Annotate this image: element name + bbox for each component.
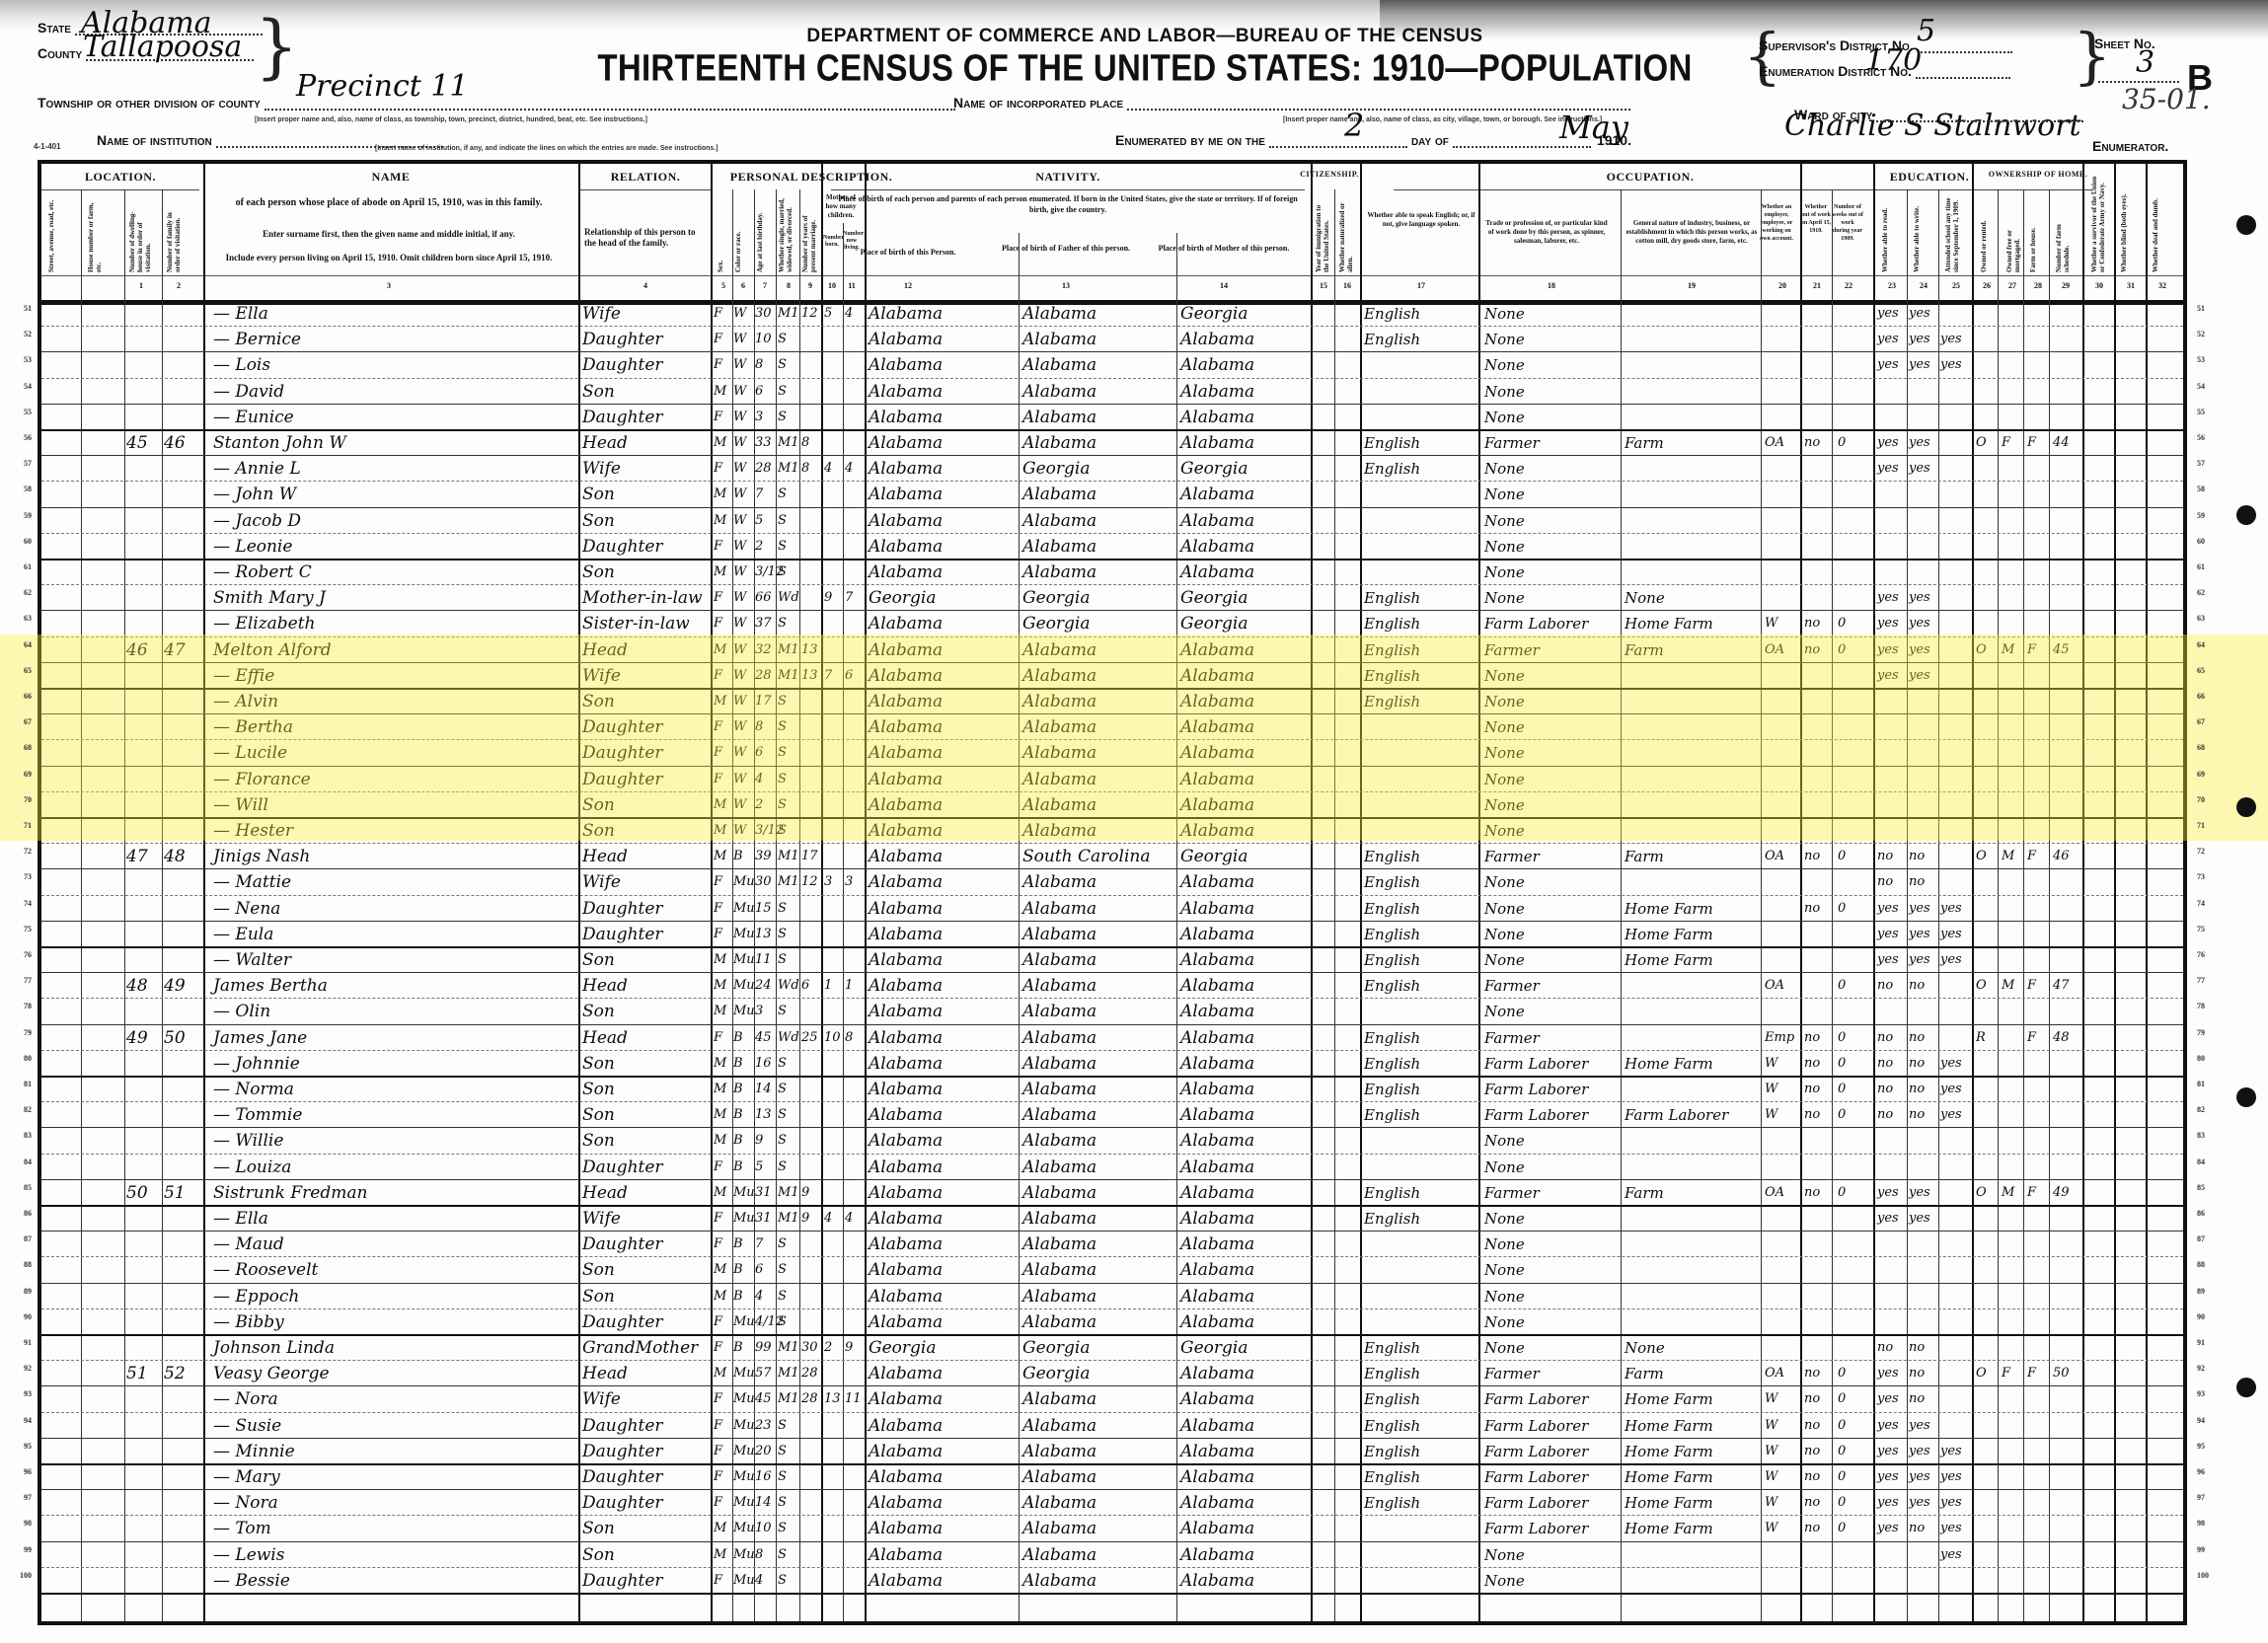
can-read	[1877, 1127, 1907, 1153]
enumeration-district-line	[1916, 77, 2010, 79]
relationship: Wife	[582, 868, 709, 894]
person-name: — Jacob D	[213, 507, 576, 533]
employer-status	[1765, 739, 1798, 765]
marital-status: S	[778, 481, 799, 506]
line-number-right: 67	[2197, 717, 2219, 726]
can-write: yes	[1909, 326, 1938, 351]
sex: F	[714, 1567, 731, 1593]
person-name: — John W	[213, 481, 576, 506]
years-married	[801, 713, 821, 739]
trade: None	[1484, 1127, 1619, 1153]
farm-house	[2027, 817, 2049, 843]
line-number-right: 60	[2197, 537, 2219, 546]
table-row: Johnson LindaGrandMotherFB99M13029Georgi…	[41, 1334, 2183, 1361]
owned-rented	[1976, 1154, 1998, 1179]
age: 32	[755, 636, 777, 662]
free-mortgaged	[2002, 1541, 2023, 1567]
table-row: — EllaWifeFW30M11254AlabamaAlabamaGeorgi…	[41, 300, 2183, 327]
color-race: Mu	[733, 1385, 755, 1411]
color-race: W	[733, 326, 755, 351]
birthplace-person: Alabama	[869, 766, 1017, 791]
employer-status	[1765, 533, 1798, 559]
language	[1364, 1308, 1476, 1334]
birthplace-person: Alabama	[869, 1127, 1017, 1153]
person-name: — Tommie	[213, 1101, 576, 1127]
birthplace-mother: Alabama	[1180, 1412, 1309, 1438]
children-born: 10	[824, 1024, 842, 1050]
can-write: yes	[1909, 946, 1938, 972]
group-location: LOCATION.	[41, 170, 199, 185]
person-name: — Florance	[213, 766, 576, 791]
weeks-out: 0	[1838, 1050, 1867, 1076]
language: English	[1364, 868, 1476, 894]
colnum: 31	[2116, 281, 2146, 290]
employer-status: W	[1765, 1515, 1798, 1540]
out-of-work	[1804, 662, 1832, 688]
sex: F	[714, 351, 731, 377]
years-married	[801, 791, 821, 817]
birthplace-mother: Alabama	[1180, 1101, 1309, 1127]
language: English	[1364, 1438, 1476, 1463]
marital-status: S	[778, 946, 799, 972]
enumerator-label: Enumerator.	[2092, 138, 2168, 154]
years-married: 13	[801, 662, 821, 688]
farm-schedule	[2053, 533, 2082, 559]
line-number: 73	[4, 872, 32, 881]
age: 16	[755, 1050, 777, 1076]
dwelling-number	[126, 791, 162, 817]
years-married	[801, 404, 821, 429]
color-race: B	[733, 1256, 755, 1282]
farm-house	[2027, 1256, 2049, 1282]
children-living	[845, 1515, 863, 1540]
farm-schedule	[2053, 817, 2082, 843]
line-number: 79	[4, 1028, 32, 1037]
sex: M	[714, 1127, 731, 1153]
attended-school	[1940, 1385, 1970, 1411]
relationship: Daughter	[582, 1231, 709, 1256]
farm-house	[2027, 1101, 2049, 1127]
out-of-work	[1804, 1567, 1832, 1593]
hdr-name-desc: of each person whose place of abode on A…	[211, 197, 567, 208]
years-married	[801, 1438, 821, 1463]
children-born	[824, 507, 842, 533]
color-race: Mu	[733, 1438, 755, 1463]
birthplace-father: Alabama	[1022, 1024, 1174, 1050]
colnum: 4	[580, 281, 711, 290]
relationship: Daughter	[582, 351, 709, 377]
farm-house: F	[2027, 1179, 2049, 1205]
farm-schedule: 46	[2053, 843, 2082, 868]
family-number	[164, 1567, 201, 1593]
line-number-right: 55	[2197, 408, 2219, 416]
relationship: Daughter	[582, 1438, 709, 1463]
relationship: Wife	[582, 662, 709, 688]
can-write: yes	[1909, 662, 1938, 688]
age: 30	[755, 300, 777, 326]
birthplace-person: Alabama	[869, 1489, 1017, 1515]
farm-schedule	[2053, 481, 2082, 506]
children-living	[845, 1438, 863, 1463]
can-read: no	[1877, 1024, 1907, 1050]
can-read	[1877, 507, 1907, 533]
can-read: no	[1877, 1050, 1907, 1076]
farm-house	[2027, 300, 2049, 326]
can-read	[1877, 404, 1907, 429]
colnum: 32	[2148, 281, 2177, 290]
can-write	[1909, 817, 1938, 843]
birthplace-father: Alabama	[1022, 1076, 1174, 1101]
table-row: 4748Jinigs NashHeadMB39M117AlabamaSouth …	[41, 843, 2183, 869]
birthplace-person: Alabama	[869, 895, 1017, 921]
line-number: 52	[4, 330, 32, 338]
line-number: 67	[4, 717, 32, 726]
line-number: 78	[4, 1002, 32, 1010]
free-mortgaged: M	[2002, 843, 2023, 868]
children-living: 4	[845, 300, 863, 326]
hdr-street: Street, avenue, road, etc.	[47, 195, 73, 272]
table-row: Smith Mary JMother-in-lawFW66Wd97Georgia…	[41, 584, 2183, 611]
line-number-right: 70	[2197, 795, 2219, 804]
can-read	[1877, 766, 1907, 791]
free-mortgaged	[2002, 1412, 2023, 1438]
employer-status	[1765, 1205, 1798, 1231]
can-write	[1909, 481, 1938, 506]
children-living: 11	[845, 1385, 863, 1411]
birthplace-person: Alabama	[869, 1463, 1017, 1489]
hdr-language: Whether able to speak English; or, if no…	[1366, 211, 1476, 229]
years-married: 25	[801, 1024, 821, 1050]
age: 3/12	[755, 817, 777, 843]
owned-rented	[1976, 300, 1998, 326]
weeks-out: 0	[1838, 1360, 1867, 1385]
color-race: W	[733, 300, 755, 326]
free-mortgaged	[2002, 1385, 2023, 1411]
out-of-work	[1804, 817, 1832, 843]
years-married	[801, 326, 821, 351]
relationship: Son	[582, 946, 709, 972]
birthplace-mother: Alabama	[1180, 378, 1309, 404]
attended-school: yes	[1940, 895, 1970, 921]
language: English	[1364, 688, 1476, 713]
sex: F	[714, 1308, 731, 1334]
children-born	[824, 1438, 842, 1463]
sex: F	[714, 713, 731, 739]
age: 2	[755, 533, 777, 559]
employer-status	[1765, 584, 1798, 610]
can-write	[1909, 404, 1938, 429]
can-read	[1877, 791, 1907, 817]
family-number	[164, 610, 201, 635]
birthplace-person: Alabama	[869, 1308, 1017, 1334]
color-race: Mu	[733, 1179, 755, 1205]
age: 8	[755, 713, 777, 739]
farm-schedule	[2053, 326, 2082, 351]
free-mortgaged	[2002, 766, 2023, 791]
weeks-out	[1838, 946, 1867, 972]
table-row: — Robert CSonMW3/12SAlabamaAlabamaAlabam…	[41, 559, 2183, 585]
table-row: 5152Veasy GeorgeHeadMMu57M128AlabamaGeor…	[41, 1360, 2183, 1386]
table-row: — LouizaDaughterFB5SAlabamaAlabamaAlabam…	[41, 1154, 2183, 1180]
attended-school	[1940, 688, 1970, 713]
language: English	[1364, 1179, 1476, 1205]
out-of-work	[1804, 559, 1832, 584]
industry: Home Farm	[1625, 1463, 1759, 1489]
marital-status: S	[778, 1127, 799, 1153]
free-mortgaged	[2002, 1101, 2023, 1127]
children-living	[845, 351, 863, 377]
relationship: Son	[582, 507, 709, 533]
language	[1364, 1541, 1476, 1567]
can-write	[1909, 791, 1938, 817]
trade: None	[1484, 1308, 1619, 1334]
children-living	[845, 1050, 863, 1076]
weeks-out: 0	[1838, 1515, 1867, 1540]
employer-status	[1765, 921, 1798, 946]
line-number: 80	[4, 1054, 32, 1063]
family-number	[164, 1541, 201, 1567]
county-label: County	[38, 45, 82, 61]
sex: F	[714, 533, 731, 559]
language: English	[1364, 1360, 1476, 1385]
years-married	[801, 1127, 821, 1153]
enumerated-month-value: May	[1559, 109, 1628, 146]
trade: None	[1484, 481, 1619, 506]
family-number: 46	[164, 429, 201, 455]
relationship: Son	[582, 1076, 709, 1101]
attended-school	[1940, 1308, 1970, 1334]
farm-schedule: 45	[2053, 636, 2082, 662]
relationship: Son	[582, 1283, 709, 1308]
language	[1364, 791, 1476, 817]
age: 9	[755, 1127, 777, 1153]
free-mortgaged	[2002, 1050, 2023, 1076]
out-of-work: no	[1804, 636, 1832, 662]
birthplace-mother: Alabama	[1180, 1050, 1309, 1076]
birthplace-father: Alabama	[1022, 998, 1174, 1023]
attended-school	[1940, 1154, 1970, 1179]
hdr-school: Attended school any time since September…	[1944, 195, 1966, 272]
weeks-out: 0	[1838, 610, 1867, 635]
can-write: no	[1909, 1360, 1938, 1385]
farm-schedule	[2053, 1154, 2082, 1179]
sex: M	[714, 636, 731, 662]
farm-house	[2027, 688, 2049, 713]
birthplace-father: Alabama	[1022, 972, 1174, 998]
out-of-work	[1804, 868, 1832, 894]
marital-status: S	[778, 791, 799, 817]
sheet-number: 3	[2136, 45, 2155, 80]
can-read	[1877, 559, 1907, 584]
farm-house	[2027, 791, 2049, 817]
family-number: 51	[164, 1179, 201, 1205]
free-mortgaged: F	[2002, 429, 2023, 455]
can-write: no	[1909, 1101, 1938, 1127]
industry	[1625, 481, 1759, 506]
line-number: 87	[4, 1234, 32, 1243]
line-number: 94	[4, 1416, 32, 1425]
marital-status: S	[778, 713, 799, 739]
industry	[1625, 300, 1759, 326]
color-race: Mu	[733, 1412, 755, 1438]
language	[1364, 378, 1476, 404]
industry	[1625, 868, 1759, 894]
family-number	[164, 662, 201, 688]
owned-rented	[1976, 1308, 1998, 1334]
line-number-right: 90	[2197, 1312, 2219, 1321]
farm-house	[2027, 351, 2049, 377]
line-number: 51	[4, 304, 32, 313]
language	[1364, 559, 1476, 584]
colnum: 5	[715, 281, 732, 290]
farm-schedule	[2053, 868, 2082, 894]
farm-schedule	[2053, 610, 2082, 635]
industry: Farm	[1625, 1360, 1759, 1385]
can-read: yes	[1877, 584, 1907, 610]
attended-school	[1940, 1334, 1970, 1360]
weeks-out	[1838, 1541, 1867, 1567]
table-row: — LeonieDaughterFW2SAlabamaAlabamaAlabam…	[41, 533, 2183, 560]
children-born	[824, 610, 842, 635]
owned-rented	[1976, 895, 1998, 921]
farm-schedule	[2053, 1101, 2082, 1127]
free-mortgaged	[2002, 868, 2023, 894]
weeks-out	[1838, 1231, 1867, 1256]
hdr-name-instr2: Include every person living on April 15,…	[211, 253, 567, 263]
farm-schedule	[2053, 507, 2082, 533]
children-born: 4	[824, 1205, 842, 1231]
birthplace-mother: Alabama	[1180, 636, 1309, 662]
free-mortgaged	[2002, 1127, 2023, 1153]
census-table: LOCATION. NAME RELATION. PERSONAL DESCRI…	[38, 160, 2187, 1625]
children-living	[845, 1076, 863, 1101]
employer-status: OA	[1765, 1179, 1798, 1205]
age: 4	[755, 766, 777, 791]
industry: Farm	[1625, 636, 1759, 662]
marital-status: S	[778, 739, 799, 765]
line-number: 68	[4, 743, 32, 752]
hdr-farm-schedule: Number of farm schedule.	[2055, 195, 2077, 272]
hdr-industry: General nature of industry, business, or…	[1623, 219, 1761, 246]
attended-school	[1940, 972, 1970, 998]
birthplace-father: Alabama	[1022, 662, 1174, 688]
free-mortgaged	[2002, 1024, 2023, 1050]
out-of-work	[1804, 455, 1832, 481]
farm-house	[2027, 1283, 2049, 1308]
relationship: Son	[582, 817, 709, 843]
children-born	[824, 1154, 842, 1179]
weeks-out: 0	[1838, 636, 1867, 662]
age: 57	[755, 1360, 777, 1385]
relationship: Wife	[582, 1205, 709, 1231]
children-living	[845, 326, 863, 351]
owned-rented	[1976, 533, 1998, 559]
sex: M	[714, 1076, 731, 1101]
age: 2	[755, 791, 777, 817]
color-race: Mu	[733, 972, 755, 998]
binder-hole	[2236, 797, 2256, 817]
farm-schedule	[2053, 1283, 2082, 1308]
colnum: 19	[1623, 281, 1761, 290]
can-write: no	[1909, 868, 1938, 894]
can-read: yes	[1877, 326, 1907, 351]
employer-status	[1765, 404, 1798, 429]
line-number: 96	[4, 1467, 32, 1476]
attended-school	[1940, 1179, 1970, 1205]
line-number: 69	[4, 770, 32, 779]
farm-schedule	[2053, 1438, 2082, 1463]
age: 7	[755, 1231, 777, 1256]
line-number-right: 87	[2197, 1234, 2219, 1243]
person-name: — Eula	[213, 921, 576, 946]
colnum: 30	[2084, 281, 2114, 290]
weeks-out	[1838, 817, 1867, 843]
family-number	[164, 1127, 201, 1153]
birthplace-father: Georgia	[1022, 584, 1174, 610]
relationship: Son	[582, 688, 709, 713]
years-married	[801, 817, 821, 843]
birthplace-mother: Alabama	[1180, 1438, 1309, 1463]
children-born	[824, 533, 842, 559]
language	[1364, 404, 1476, 429]
table-row: — TomSonMMu10SAlabamaAlabamaAlabamaFarm …	[41, 1515, 2183, 1541]
relationship: Son	[582, 1127, 709, 1153]
out-of-work: no	[1804, 1438, 1832, 1463]
employer-status: W	[1765, 610, 1798, 635]
dwelling-number	[126, 1412, 162, 1438]
employer-status	[1765, 1567, 1798, 1593]
sex: F	[714, 1463, 731, 1489]
out-of-work: no	[1804, 1385, 1832, 1411]
colnum: 22	[1834, 281, 1863, 290]
can-write: yes	[1909, 584, 1938, 610]
owned-rented	[1976, 713, 1998, 739]
line-number: 84	[4, 1158, 32, 1166]
sex: F	[714, 739, 731, 765]
line-number-right: 86	[2197, 1209, 2219, 1218]
attended-school: yes	[1940, 1076, 1970, 1101]
colnum: 28	[2025, 281, 2051, 290]
can-read: yes	[1877, 1385, 1907, 1411]
binder-hole	[2236, 505, 2256, 525]
attended-school	[1940, 610, 1970, 635]
line-number-right: 81	[2197, 1080, 2219, 1088]
birthplace-mother: Georgia	[1180, 584, 1309, 610]
out-of-work: no	[1804, 1463, 1832, 1489]
line-number: 75	[4, 925, 32, 934]
birthplace-mother: Alabama	[1180, 1179, 1309, 1205]
color-race: W	[733, 766, 755, 791]
children-born	[824, 1179, 842, 1205]
birthplace-mother: Alabama	[1180, 507, 1309, 533]
hdr-free-mortgaged: Owned free or mortgaged.	[2005, 195, 2023, 272]
line-number-right: 89	[2197, 1287, 2219, 1296]
birthplace-person: Alabama	[869, 429, 1017, 455]
farm-house	[2027, 1541, 2049, 1567]
owned-rented: O	[1976, 636, 1998, 662]
age: 45	[755, 1024, 777, 1050]
language	[1364, 1256, 1476, 1282]
free-mortgaged	[2002, 507, 2023, 533]
relationship: Head	[582, 1024, 709, 1050]
colnum: 16	[1336, 281, 1358, 290]
birthplace-mother: Alabama	[1180, 326, 1309, 351]
industry	[1625, 533, 1759, 559]
color-race: B	[733, 843, 755, 868]
years-married	[801, 610, 821, 635]
birthplace-person: Alabama	[869, 843, 1017, 868]
table-row: — BerthaDaughterFW8SAlabamaAlabamaAlabam…	[41, 713, 2183, 740]
